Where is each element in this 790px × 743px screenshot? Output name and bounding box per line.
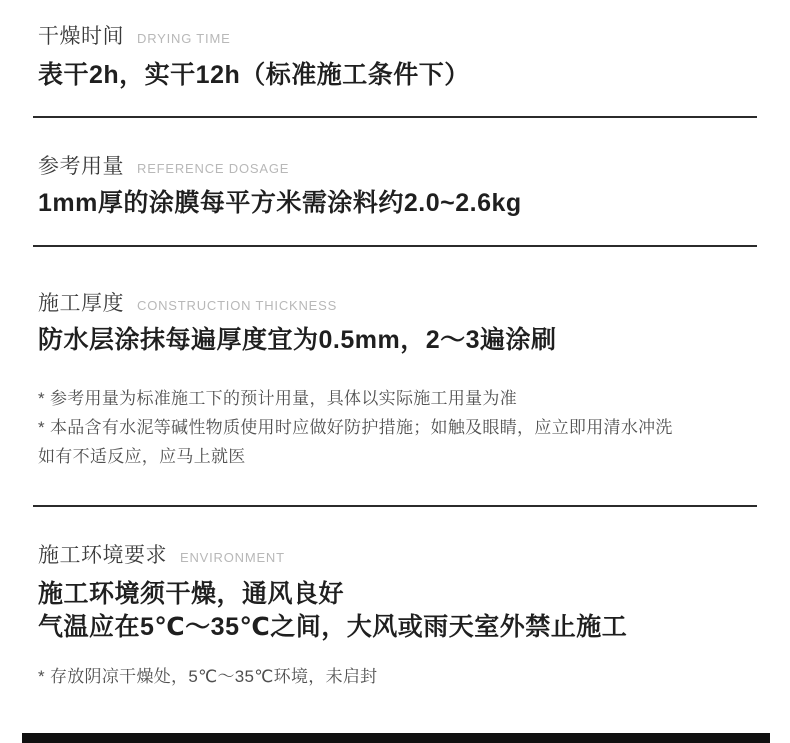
note-line: 如有不适反应，应马上就医	[38, 442, 757, 471]
section-header: 施工厚度 CONSTRUCTION THICKNESS	[38, 291, 757, 317]
section-reference-dosage: 参考用量 REFERENCE DOSAGE 1mm厚的涂膜每平方米需涂料约2.0…	[38, 154, 757, 247]
section-title-en: CONSTRUCTION THICKNESS	[137, 298, 337, 313]
section-title-zh: 参考用量	[38, 154, 124, 180]
section-title-zh: 施工环境要求	[38, 543, 167, 569]
section-divider	[33, 245, 757, 247]
section-title-en: ENVIRONMENT	[180, 550, 285, 565]
product-info-panel: 干燥时间 DRYING TIME 表干2h，实干12h（标准施工条件下） 参考用…	[0, 24, 790, 691]
section-title-en: REFERENCE DOSAGE	[137, 161, 289, 176]
section-divider	[33, 505, 757, 507]
construction-thickness-value: 防水层涂抹每遍厚度宜为0.5mm，2～3遍涂刷	[38, 324, 757, 356]
section-header: 干燥时间 DRYING TIME	[38, 24, 757, 50]
environment-requirement-line1: 施工环境须干燥，通风良好	[38, 578, 757, 610]
section-environment: 施工环境要求 ENVIRONMENT 施工环境须干燥，通风良好 气温应在5℃～3…	[38, 543, 757, 691]
section-drying-time: 干燥时间 DRYING TIME 表干2h，实干12h（标准施工条件下）	[38, 24, 757, 118]
section-header: 参考用量 REFERENCE DOSAGE	[38, 154, 757, 180]
section-header: 施工环境要求 ENVIRONMENT	[38, 543, 757, 569]
next-section-dark-edge	[22, 733, 770, 743]
note-line: * 本品含有水泥等碱性物质使用时应做好防护措施；如触及眼睛，应立即用清水冲洗	[38, 413, 757, 442]
section-title-zh: 施工厚度	[38, 291, 124, 317]
section-construction-thickness: 施工厚度 CONSTRUCTION THICKNESS 防水层涂抹每遍厚度宜为0…	[38, 291, 757, 507]
environment-requirement-line2: 气温应在5℃～35℃之间，大风或雨天室外禁止施工	[38, 611, 757, 643]
note-line: * 参考用量为标准施工下的预计用量，具体以实际施工用量为准	[38, 384, 757, 413]
usage-notes: * 参考用量为标准施工下的预计用量，具体以实际施工用量为准 * 本品含有水泥等碱…	[38, 384, 757, 471]
reference-dosage-value: 1mm厚的涂膜每平方米需涂料约2.0~2.6kg	[38, 187, 757, 219]
section-title-zh: 干燥时间	[38, 24, 124, 50]
drying-time-value: 表干2h，实干12h（标准施工条件下）	[38, 59, 757, 91]
storage-note: * 存放阴凉干燥处，5℃～35℃环境，未启封	[38, 662, 757, 691]
section-title-en: DRYING TIME	[137, 31, 231, 46]
section-divider	[33, 116, 757, 118]
